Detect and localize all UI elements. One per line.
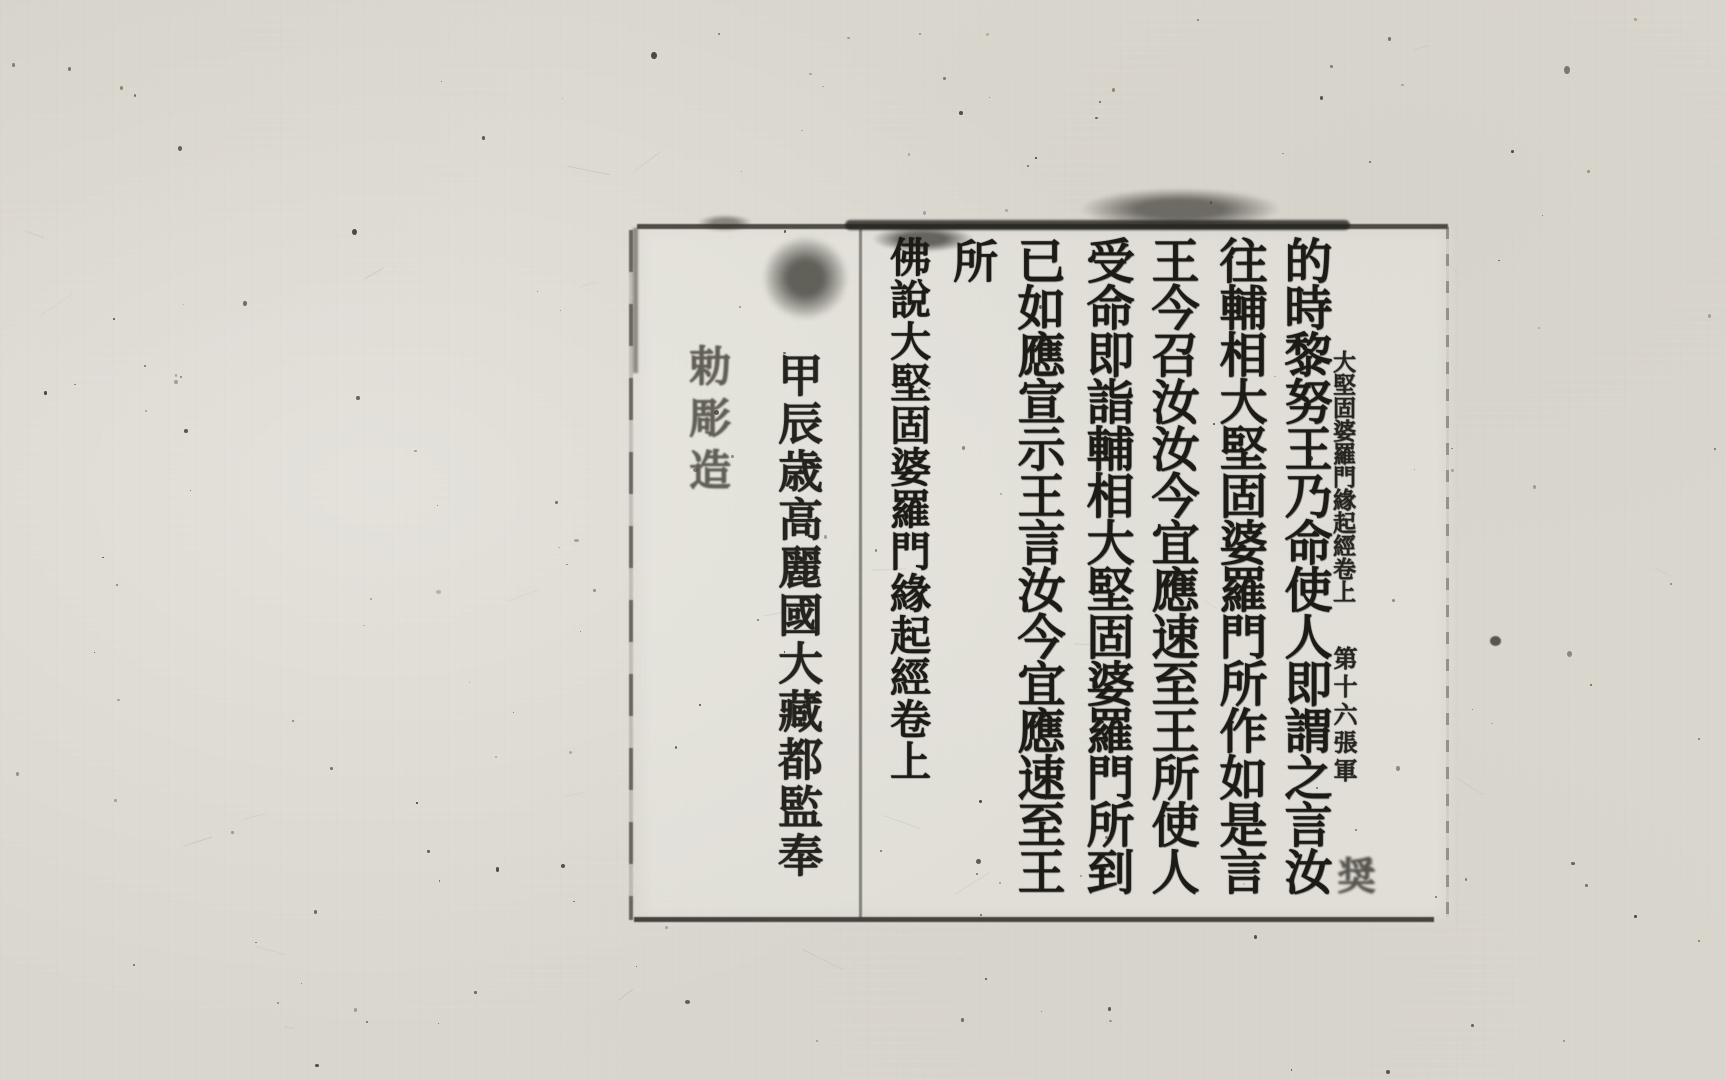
block-border-top-heavy [845,220,1350,230]
paper-speck [243,301,247,306]
paper-speck [1112,88,1115,92]
paper-speck [1714,448,1716,450]
paper-speck [685,1000,690,1004]
text-column-6: 所 [949,238,994,283]
paper-speck [438,1023,439,1024]
paper-speck [1109,1020,1112,1022]
paper-fiber-hair [955,956,964,961]
paper-speck [943,77,946,80]
text-column-3: 王今召汝汝今宜應速至王所使人 [1147,236,1195,894]
paper-speck [184,429,188,433]
paper-speck [718,33,720,35]
paper-speck [1282,153,1284,154]
paper-speck [1465,878,1467,881]
paper-speck [1451,448,1453,449]
paper-speck [16,772,19,776]
paper-fiber-hair [184,836,213,846]
paper-speck [1099,101,1101,103]
paper-speck [1041,1011,1042,1012]
paper-speck [330,767,333,770]
paper-speck [847,37,850,39]
paper-speck [427,850,430,853]
paper-speck [117,699,120,701]
paper-speck [354,1008,357,1012]
paper-speck [593,589,596,592]
paper-speck [1108,1007,1111,1011]
paper-speck [908,153,910,156]
paper-speck [1471,1024,1474,1027]
block-border-bottom [634,917,1434,922]
paper-speck [1254,935,1257,939]
block-border-left [629,230,633,920]
paper-speck [120,86,123,90]
paper-speck [1563,1040,1565,1042]
paper-speck [1291,1069,1292,1071]
paper-speck [1401,84,1404,86]
paper-speck [133,964,135,966]
paper-speck [439,880,440,882]
paper-speck [651,52,657,59]
paper-speck [370,598,372,600]
paper-speck [1451,469,1454,472]
paper-speck [277,1002,279,1004]
paper-fiber-hair [507,589,539,602]
block-corner-stub [633,228,638,373]
paper-speck [416,802,418,804]
margin-sutra-title: 大堅固婆羅門緣起經卷上 [1331,350,1354,603]
paper-speck [474,991,477,994]
paper-speck [562,98,563,99]
paper-speck [985,978,987,980]
paper-speck [363,625,365,626]
paper-speck [1472,709,1473,710]
paper-speck [1587,170,1590,173]
paper-fiber-hair [567,166,610,175]
paper-fiber-hair [1414,45,1430,50]
paper-stain [1490,636,1501,646]
paper-fiber-hair [25,231,44,238]
paper-speck [1708,314,1711,318]
text-column-5: 已如應宣示王言汝今宜應速至王 [1013,236,1061,894]
paper-speck [989,97,990,98]
text-column-4: 受命即詣輔相大堅固婆羅門所到 [1082,236,1130,894]
paper-fiber-hair [243,813,266,820]
paper-speck [1585,884,1588,887]
paper-speck [919,33,921,35]
paper-speck [566,564,568,565]
paper-speck [1567,651,1572,657]
paper-speck [366,1021,368,1023]
paper-speck [665,926,668,929]
paper-speck [741,171,742,172]
paper-speck [1035,157,1037,159]
paper-speck [959,111,963,115]
paper-fiber-hair [1655,568,1673,578]
paper-speck [809,73,812,75]
marginal-carver-mark: 奨 [1334,856,1372,894]
block-border-top [637,224,1448,229]
margin-sheet-number: 第十六張軍 [1331,646,1355,786]
paper-speck [537,291,538,292]
paper-speck [1210,201,1212,204]
paper-speck [134,94,136,97]
ink-smudge [1055,183,1305,235]
block-border-right [1446,227,1449,917]
paper-speck [513,712,514,713]
paper-fiber-hair [1445,262,1459,273]
paper-fiber-hair [802,949,843,970]
paper-speck [801,130,803,131]
paper-speck [44,391,47,395]
paper-fiber-hair [364,268,384,280]
paper-speck [74,384,76,385]
paper-speck [574,539,579,542]
paper-speck [822,86,824,87]
paper-speck [1511,150,1514,153]
paper-speck [231,831,234,834]
paper-fiber-hair [564,792,585,797]
paper-speck [180,376,182,378]
paper-fiber-hair [634,151,661,172]
paper-speck [482,136,485,140]
paper-speck [1670,583,1672,585]
paper-fiber-hair [578,281,597,288]
paper-speck [1330,65,1333,68]
paper-speck [1634,915,1637,918]
text-column-2: 往輔相大堅固婆羅門所作如是言 [1215,236,1263,894]
paper-speck [1538,327,1540,329]
paper-speck [1388,37,1391,41]
paper-speck [1698,738,1700,740]
paper-sheet: 大堅固婆羅門緣起經卷上 第十六張軍 的時黎努王乃命使人即謂之言汝 往輔相大堅固婆… [0,0,1726,1080]
paper-speck [68,67,71,71]
text-column-1: 的時黎努王乃命使人即謂之言汝 [1280,236,1328,894]
paper-speck [636,966,637,967]
paper-speck [414,450,417,452]
paper-fiber-hair [40,293,73,316]
paper-speck [558,547,560,548]
paper-speck [816,1040,818,1042]
paper-speck [116,584,118,586]
paper-speck [178,146,182,151]
paper-speck [436,590,441,594]
paper-speck [1095,117,1098,119]
paper-speck [102,557,104,558]
paper-speck [1564,66,1570,74]
paper-speck [1498,260,1500,261]
paper-speck [496,867,499,872]
paper-speck [961,1018,964,1022]
paper-speck [174,380,178,384]
paper-speck [314,910,317,914]
paper-speck [1571,862,1575,865]
paper-speck [1590,684,1592,686]
paper-speck [144,365,146,367]
paper-speck [315,1064,319,1067]
paper-speck [352,229,357,235]
paper-speck [555,501,558,504]
paper-speck [145,410,147,412]
paper-speck [255,942,257,943]
paper-speck [94,652,95,653]
paper-speck [1320,96,1323,100]
paper-speck [569,751,572,754]
paper-speck [469,682,470,683]
paper-speck [12,63,15,67]
paper-fiber-hair [284,1026,294,1029]
paper-speck [292,720,294,722]
paper-speck [560,310,561,311]
paper-speck [1698,940,1700,942]
paper-speck [923,211,926,215]
paper-speck [1542,215,1543,216]
colophon-date-column: 甲辰歳高麗國大藏都監奉 [774,352,819,880]
paper-speck [1533,485,1536,489]
paper-speck [441,81,442,82]
paper-speck [495,756,497,758]
paper-speck [561,864,565,868]
paper-speck [301,983,302,984]
paper-speck [190,490,191,491]
paper-speck [1005,209,1008,212]
paper-fiber-hair [255,946,285,955]
paper-speck [183,304,184,305]
paper-speck [580,631,581,632]
paper-speck [573,901,575,902]
paper-speck [1634,18,1637,21]
paper-speck [356,396,360,400]
paper-speck [175,374,177,377]
paper-speck [1491,723,1493,724]
paper-speck [986,33,989,36]
paper-speck [1027,165,1029,167]
paper-speck [1197,19,1199,21]
paper-fiber-hair [1456,778,1484,796]
paper-speck [1386,1070,1390,1074]
end-title-column: 佛說大堅固婆羅門緣起經卷上 [886,236,927,782]
paper-speck [1369,161,1371,163]
paper-speck [114,799,117,802]
colophon-decree-column: 勅彫造 [686,344,728,500]
paper-fiber-hair [619,989,634,1001]
paper-speck [113,318,115,320]
paper-speck [437,505,438,506]
